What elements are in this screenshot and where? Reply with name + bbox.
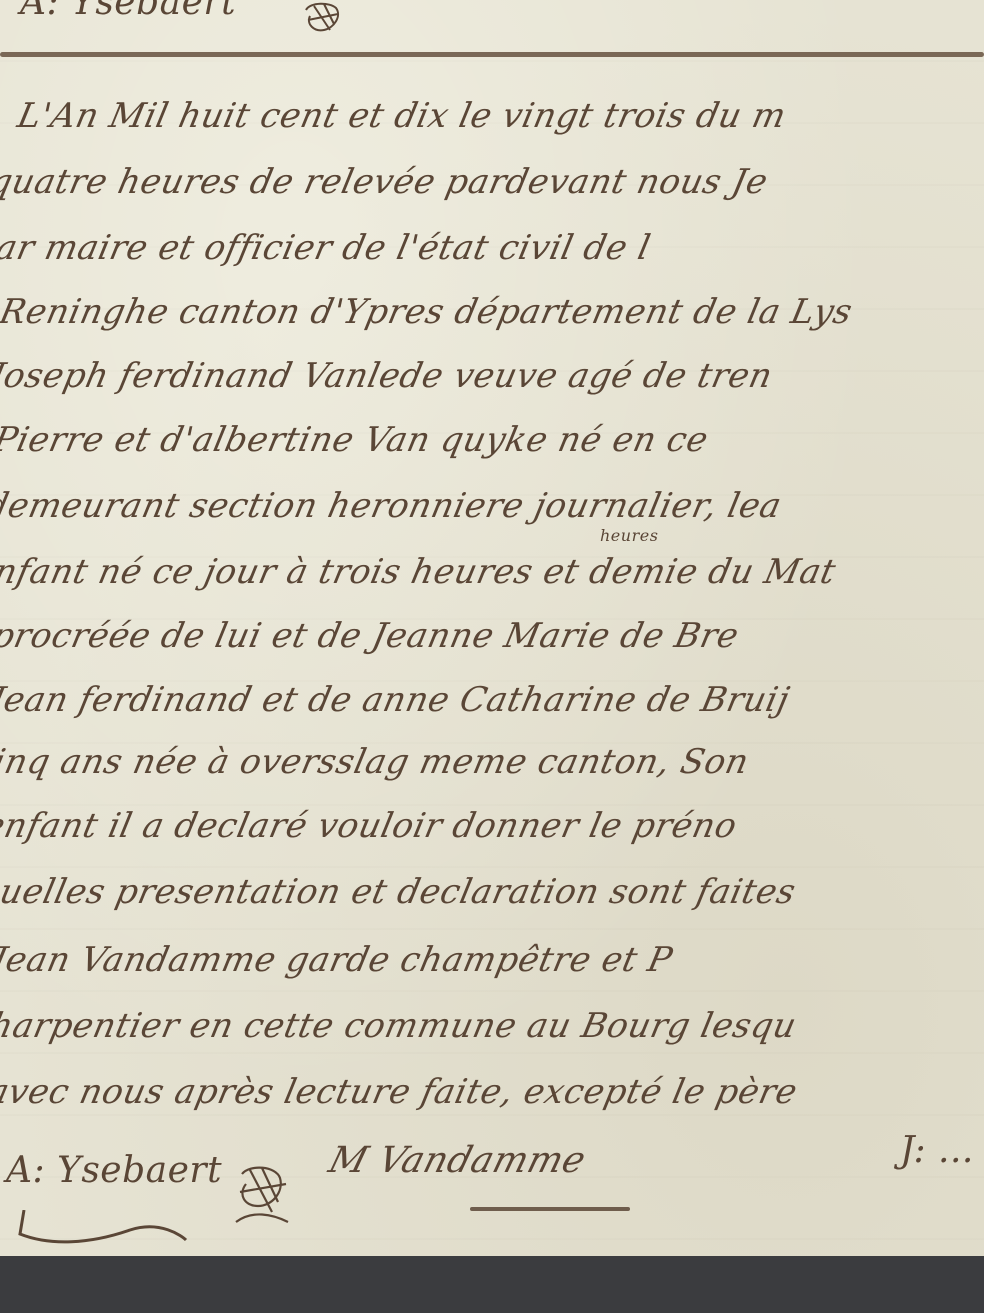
top-signature: A: Ysebaert: [20, 0, 236, 23]
section-divider: [0, 52, 984, 57]
manuscript-line: enfant né ce jour à trois heures et demi…: [0, 552, 839, 592]
manuscript-line: Joseph ferdinand Vanlede veuve agé de tr…: [0, 356, 776, 396]
manuscript-line: cinq ans née à oversslag meme canton, So…: [0, 742, 753, 782]
interlinear-insertion: heures: [600, 526, 658, 545]
manuscript-line: quelles presentation et declaration sont…: [0, 872, 799, 912]
signature-vandamme: M Vandamme: [325, 1140, 591, 1181]
manuscript-line: Reninghe canton d'Ypres département de l…: [0, 292, 856, 332]
manuscript-line: Pierre et d'albertine Van quyke né en ce: [0, 420, 712, 460]
manuscript-page: A: Ysebaert L'An Mil huit cent et dix le…: [0, 0, 984, 1258]
manuscript-line: enfant il a declaré vouloir donner le pr…: [0, 806, 741, 846]
manuscript-line: demeurant section heronniere journalier,…: [0, 486, 785, 526]
signature-underline: [470, 1207, 630, 1211]
signature-flourish-icon: [232, 1162, 292, 1232]
manuscript-line: L'An Mil huit cent et dix le vingt trois…: [14, 96, 790, 136]
manuscript-line: par maire et officier de l'état civil de…: [0, 228, 654, 268]
signature-ysebaert: A: Ysebaert: [6, 1150, 222, 1191]
signature-third: J: ...: [900, 1130, 974, 1171]
manuscript-line: procréée de lui et de Jeanne Marie de Br…: [0, 616, 742, 656]
manuscript-line: Charpentier en cette commune au Bourg le…: [0, 1006, 800, 1046]
manuscript-line: quatre heures de relevée pardevant nous …: [0, 162, 771, 202]
manuscript-line: Jean ferdinand et de anne Catharine de B…: [0, 680, 793, 720]
signature-flourish-icon: [300, 0, 344, 40]
manuscript-line: avec nous après lecture faite, excepté l…: [0, 1072, 801, 1112]
manuscript-line: Jean Vandamme garde champêtre et P: [0, 940, 676, 980]
scan-background: [0, 1256, 984, 1313]
signature-underline-flourish-icon: [10, 1210, 190, 1250]
